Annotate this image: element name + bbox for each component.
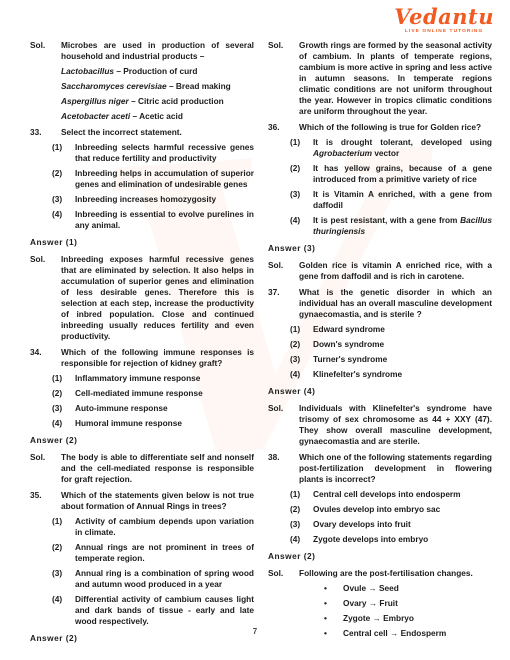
sol-body: Growth rings are formed by the seasonal …	[299, 40, 492, 117]
question-block: 38.Which one of the following statements…	[268, 452, 492, 545]
solution-paragraph: Inbreeding exposes harmful recessive gen…	[61, 254, 254, 342]
bullet-item: •Ovary → Fruit	[324, 598, 492, 609]
text-segment: Down's syndrome	[313, 339, 384, 349]
question-row: 33.Select the incorrect statement.	[30, 127, 254, 138]
option-number: (4)	[52, 418, 75, 429]
text-segment: Inbreeding is essential to evolve pureli…	[75, 209, 254, 230]
option-text: Turner's syndrome	[313, 354, 492, 365]
question-body: Which one of the following statements re…	[299, 452, 492, 485]
sol-label: Sol.	[30, 452, 61, 485]
text-segment: true	[399, 122, 415, 132]
sol-label: Sol.	[268, 260, 299, 282]
text-segment: vector	[372, 148, 399, 158]
solution-paragraph: Aspergillus niger – Citric acid producti…	[61, 96, 254, 107]
text-segment: It has yellow grains, because of a gene …	[313, 163, 492, 184]
question-number: 33.	[30, 127, 61, 138]
text-segment: Aspergillus niger	[61, 96, 129, 106]
option-number: (1)	[290, 137, 313, 159]
bullet-text: Zygote → Embryo	[343, 613, 492, 624]
option-number: (1)	[52, 373, 75, 384]
option-text: It is drought tolerant, developed using …	[313, 137, 492, 159]
text-segment: Agrobacterium	[313, 148, 372, 158]
text-segment: Inflammatory immune response	[75, 373, 200, 383]
question-body: What is the genetic disorder in which an…	[299, 287, 492, 320]
text-segment: Humoral immune response	[75, 418, 182, 428]
question-block: 37.What is the genetic disorder in which…	[268, 287, 492, 380]
text-segment: Which one of the following statements re…	[299, 452, 492, 484]
text-segment: Acetobacter aceti	[61, 111, 130, 121]
solution-paragraph: Golden rice is vitamin A enriched rice, …	[299, 260, 492, 282]
sol-block: Sol.Growth rings are formed by the seaso…	[268, 40, 492, 117]
option-text: Central cell develops into endosperm	[313, 489, 492, 500]
text-segment: Individuals with Klinefelter's syndrome …	[299, 403, 492, 446]
sol-row: Sol.Inbreeding exposes harmful recessive…	[30, 254, 254, 342]
question-row: 34.Which of the following immune respons…	[30, 347, 254, 369]
question-text: Which of the following is true for Golde…	[299, 122, 492, 133]
text-segment: Differential activity of cambium causes …	[75, 594, 254, 626]
option-row: (1)Inflammatory immune response	[52, 373, 254, 384]
text-segment: Which of the statements given below is n…	[61, 490, 254, 511]
bullet-icon: •	[324, 583, 343, 594]
text-segment: for Golden rice?	[415, 122, 481, 132]
question-body: Select the incorrect statement.	[61, 127, 254, 138]
option-row: (3)Turner's syndrome	[290, 354, 492, 365]
option-text: Auto-immune response	[75, 403, 254, 414]
question-number: 36.	[268, 122, 299, 133]
left-column: Sol.Microbes are used in production of s…	[30, 40, 254, 650]
question-text: Select the incorrect statement.	[61, 127, 254, 138]
text-segment: Zygote develops into embryo	[313, 534, 428, 544]
bullet-text: Ovule → Seed	[343, 583, 492, 594]
question-number: 37.	[268, 287, 299, 320]
option-number: (3)	[52, 194, 75, 205]
sol-row: Sol.The body is able to differentiate se…	[30, 452, 254, 485]
option-row: (1)Edward syndrome	[290, 324, 492, 335]
option-number: (2)	[290, 504, 313, 515]
question-row: 35.Which of the statements given below i…	[30, 490, 254, 512]
sol-row: Sol.Individuals with Klinefelter's syndr…	[268, 403, 492, 447]
option-number: (4)	[290, 534, 313, 545]
text-segment: Annual ring is a combination of spring w…	[75, 568, 254, 589]
text-segment: Inbreeding helps in accumulation of supe…	[75, 168, 254, 189]
text-segment: Which of the following is	[299, 122, 399, 132]
sol-label: Sol.	[30, 254, 61, 342]
option-row: (3)Inbreeding increases homozygosity	[52, 194, 254, 205]
question-number: 38.	[268, 452, 299, 485]
option-text: Down's syndrome	[313, 339, 492, 350]
question-block: 33.Select the incorrect statement.(1)Inb…	[30, 127, 254, 231]
option-text: It is pest resistant, with a gene from B…	[313, 215, 492, 237]
question-body: Which of the following is true for Golde…	[299, 122, 492, 133]
bullet-icon: •	[324, 598, 343, 609]
option-text: Inbreeding helps in accumulation of supe…	[75, 168, 254, 190]
option-row: (1)Inbreeding selects harmful recessive …	[52, 142, 254, 164]
option-row: (2)Inbreeding helps in accumulation of s…	[52, 168, 254, 190]
text-segment: Inbreeding exposes harmful recessive gen…	[61, 254, 254, 341]
option-text: Cell-mediated immune response	[75, 388, 254, 399]
answer-label: Answer (2)	[30, 435, 254, 446]
question-block: 35.Which of the statements given below i…	[30, 490, 254, 627]
text-segment: It is Vitamin A enriched, with a gene fr…	[313, 189, 492, 210]
option-text: Annual rings are not prominent in trees …	[75, 542, 254, 564]
text-segment: Lactobacillus	[61, 66, 114, 76]
text-segment: Microbes are used in production of sever…	[61, 40, 254, 61]
option-number: (3)	[290, 354, 313, 365]
text-segment: statement.	[138, 127, 182, 137]
bullet-item: •Ovule → Seed	[324, 583, 492, 594]
option-text: Edward syndrome	[313, 324, 492, 335]
option-row: (3)Annual ring is a combination of sprin…	[52, 568, 254, 590]
option-text: Annual ring is a combination of spring w…	[75, 568, 254, 590]
option-row: (1)Central cell develops into endosperm	[290, 489, 492, 500]
sol-body: The body is able to differentiate self a…	[61, 452, 254, 485]
option-row: (2)Down's syndrome	[290, 339, 492, 350]
solution-paragraph: Growth rings are formed by the seasonal …	[299, 40, 492, 117]
option-number: (1)	[290, 489, 313, 500]
bullet-icon: •	[324, 613, 343, 624]
text-segment: Ovules develop into embryo sac	[313, 504, 440, 514]
text-segment: Saccharomyces cerevisiae	[61, 81, 167, 91]
text-segment: – Citric acid production	[129, 96, 224, 106]
text-segment: Inbreeding selects harmful recessive gen…	[75, 142, 254, 163]
option-text: Differential activity of cambium causes …	[75, 594, 254, 627]
sol-block: Sol.The body is able to differentiate se…	[30, 452, 254, 485]
option-text: Inbreeding selects harmful recessive gen…	[75, 142, 254, 164]
solution-paragraph: The body is able to differentiate self a…	[61, 452, 254, 485]
question-row: 38.Which one of the following statements…	[268, 452, 492, 485]
sol-body: Microbes are used in production of sever…	[61, 40, 254, 122]
sol-body: Golden rice is vitamin A enriched rice, …	[299, 260, 492, 282]
question-body: Which of the following immune responses …	[61, 347, 254, 369]
bullet-text: Ovary → Fruit	[343, 598, 492, 609]
option-number: (2)	[290, 163, 313, 185]
sol-block: Sol.Microbes are used in production of s…	[30, 40, 254, 122]
solution-paragraph: Microbes are used in production of sever…	[61, 40, 254, 62]
sol-body: Inbreeding exposes harmful recessive gen…	[61, 254, 254, 342]
option-row: (3)Auto-immune response	[52, 403, 254, 414]
option-row: (2)It has yellow grains, because of a ge…	[290, 163, 492, 185]
sol-label: Sol.	[30, 40, 61, 122]
text-segment: Ovary develops into fruit	[313, 519, 411, 529]
option-number: (3)	[52, 568, 75, 590]
option-text: Ovary develops into fruit	[313, 519, 492, 530]
sol-label: Sol.	[268, 40, 299, 117]
text-segment: Select the	[61, 127, 103, 137]
text-segment: incorrect	[103, 127, 139, 137]
option-number: (1)	[52, 142, 75, 164]
option-text: Ovules develop into embryo sac	[313, 504, 492, 515]
text-segment: – Bread making	[167, 81, 231, 91]
sol-block: Sol.Individuals with Klinefelter's syndr…	[268, 403, 492, 447]
question-body: Which of the statements given below is n…	[61, 490, 254, 512]
option-text: Activity of cambium depends upon variati…	[75, 516, 254, 538]
text-segment: – Production of curd	[114, 66, 197, 76]
sol-row: Sol.Microbes are used in production of s…	[30, 40, 254, 122]
sol-block: Sol.Golden rice is vitamin A enriched ri…	[268, 260, 492, 282]
option-text: Inflammatory immune response	[75, 373, 254, 384]
vedantu-logo-wordmark: Vedantu	[394, 6, 494, 28]
option-number: (4)	[52, 594, 75, 627]
option-row: (1)It is drought tolerant, developed usi…	[290, 137, 492, 159]
sol-row: Sol.Growth rings are formed by the seaso…	[268, 40, 492, 117]
answer-label: Answer (4)	[268, 386, 492, 397]
option-row: (4)Humoral immune response	[52, 418, 254, 429]
solution-paragraph: Individuals with Klinefelter's syndrome …	[299, 403, 492, 447]
option-row: (4)Inbreeding is essential to evolve pur…	[52, 209, 254, 231]
answer-label: Answer (2)	[268, 551, 492, 562]
text-segment: Auto-immune response	[75, 403, 168, 413]
text-segment: Golden rice is vitamin A enriched rice, …	[299, 260, 492, 281]
option-text: Inbreeding is essential to evolve pureli…	[75, 209, 254, 231]
option-number: (2)	[290, 339, 313, 350]
answer-label: Answer (1)	[30, 237, 254, 248]
option-number: (2)	[52, 388, 75, 399]
option-row: (2)Annual rings are not prominent in tre…	[52, 542, 254, 564]
question-row: 36.Which of the following is true for Go…	[268, 122, 492, 133]
question-text: Which of the following immune responses …	[61, 347, 254, 369]
option-number: (2)	[52, 168, 75, 190]
option-text: Humoral immune response	[75, 418, 254, 429]
option-number: (4)	[290, 215, 313, 237]
solution-paragraph: Lactobacillus – Production of curd	[61, 66, 254, 77]
option-row: (4)It is pest resistant, with a gene fro…	[290, 215, 492, 237]
question-block: 36.Which of the following is true for Go…	[268, 122, 492, 237]
option-row: (3)It is Vitamin A enriched, with a gene…	[290, 189, 492, 211]
option-text: Inbreeding increases homozygosity	[75, 194, 254, 205]
question-text: What is the genetic disorder in which an…	[299, 287, 492, 320]
bullet-item: •Zygote → Embryo	[324, 613, 492, 624]
option-row: (1)Activity of cambium depends upon vari…	[52, 516, 254, 538]
text-segment: Inbreeding increases homozygosity	[75, 194, 216, 204]
text-segment: Klinefelter's syndrome	[313, 369, 402, 379]
text-segment: Cell-mediated immune response	[75, 388, 203, 398]
text-segment: Turner's syndrome	[313, 354, 387, 364]
question-text: Which one of the following statements re…	[299, 452, 492, 485]
option-text: Zygote develops into embryo	[313, 534, 492, 545]
option-number: (3)	[290, 189, 313, 211]
option-row: (2)Cell-mediated immune response	[52, 388, 254, 399]
sol-body: Individuals with Klinefelter's syndrome …	[299, 403, 492, 447]
text-segment: The body is able to differentiate self a…	[61, 452, 254, 484]
vedantu-logo: Vedantu LIVE ONLINE TUTORING	[394, 6, 494, 34]
answer-label: Answer (3)	[268, 243, 492, 254]
text-segment: Activity of cambium depends upon variati…	[75, 516, 254, 537]
text-segment: Following are the post-fertilisation cha…	[299, 568, 473, 578]
option-row: (4)Klinefelter's syndrome	[290, 369, 492, 380]
text-segment: What is the genetic disorder in which an…	[299, 287, 492, 319]
solution-paragraph: Saccharomyces cerevisiae – Bread making	[61, 81, 254, 92]
text-segment: incorrect?	[335, 474, 376, 484]
sol-label: Sol.	[268, 403, 299, 447]
option-row: (4)Differential activity of cambium caus…	[52, 594, 254, 627]
sol-block: Sol.Inbreeding exposes harmful recessive…	[30, 254, 254, 342]
text-segment: – Acetic acid	[130, 111, 183, 121]
option-text: It is Vitamin A enriched, with a gene fr…	[313, 189, 492, 211]
right-column: Sol.Growth rings are formed by the seaso…	[268, 40, 492, 650]
option-number: (3)	[52, 403, 75, 414]
content-columns: Sol.Microbes are used in production of s…	[30, 40, 492, 650]
option-row: (3)Ovary develops into fruit	[290, 519, 492, 530]
option-number: (4)	[52, 209, 75, 231]
option-number: (1)	[52, 516, 75, 538]
question-row: 37.What is the genetic disorder in which…	[268, 287, 492, 320]
question-block: 34.Which of the following immune respons…	[30, 347, 254, 429]
text-segment: It is drought tolerant, developed using	[313, 137, 492, 147]
option-number: (1)	[290, 324, 313, 335]
option-number: (4)	[290, 369, 313, 380]
text-segment: Growth rings are formed by the seasonal …	[299, 40, 492, 116]
option-number: (3)	[290, 519, 313, 530]
option-text: It has yellow grains, because of a gene …	[313, 163, 492, 185]
option-text: Klinefelter's syndrome	[313, 369, 492, 380]
question-number: 34.	[30, 347, 61, 369]
page-number: 7	[0, 627, 510, 636]
solution-paragraph: Following are the post-fertilisation cha…	[299, 568, 492, 579]
solution-paragraph: Acetobacter aceti – Acetic acid	[61, 111, 254, 122]
text-segment: Which of the following immune responses …	[61, 347, 254, 368]
text-segment: Annual rings are not prominent in trees …	[75, 542, 254, 563]
vedantu-logo-tagline: LIVE ONLINE TUTORING	[394, 29, 494, 34]
option-row: (4)Zygote develops into embryo	[290, 534, 492, 545]
text-segment: Central cell develops into endosperm	[313, 489, 461, 499]
sol-row: Sol.Golden rice is vitamin A enriched ri…	[268, 260, 492, 282]
option-number: (2)	[52, 542, 75, 564]
option-row: (2)Ovules develop into embryo sac	[290, 504, 492, 515]
question-text: Which of the statements given below is n…	[61, 490, 254, 512]
text-segment: It is pest resistant, with a gene from	[313, 215, 460, 225]
question-number: 35.	[30, 490, 61, 512]
text-segment: Edward syndrome	[313, 324, 385, 334]
